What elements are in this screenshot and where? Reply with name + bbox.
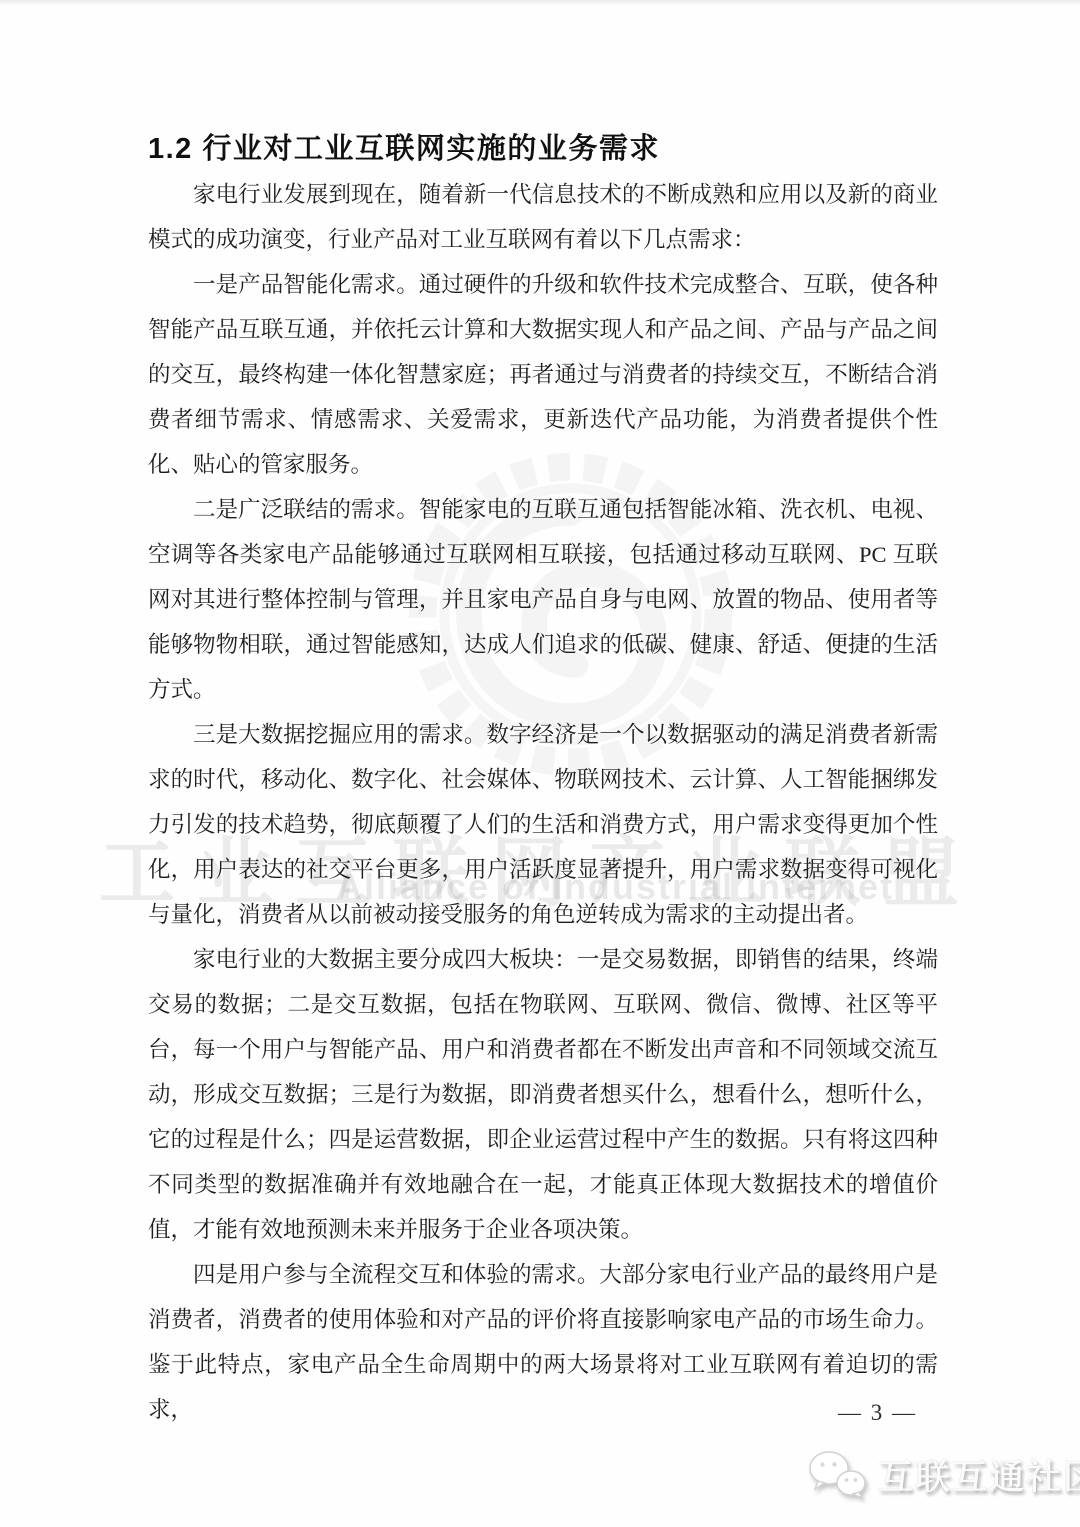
body-paragraph: 三是大数据挖掘应用的需求。数字经济是一个以数据驱动的满足消费者新需求的时代，移动… [148, 712, 938, 937]
body-paragraph: 四是用户参与全流程交互和体验的需求。大部分家电行业产品的最终用户是消费者，消费者… [148, 1252, 938, 1432]
body-paragraph: 二是广泛联结的需求。智能家电的互联互通包括智能冰箱、洗衣机、电视、空调等各类家电… [148, 487, 938, 712]
document-content: 1.2 行业对工业互联网实施的业务需求 家电行业发展到现在，随着新一代信息技术的… [0, 0, 1080, 1527]
section-heading: 1.2 行业对工业互联网实施的业务需求 [148, 126, 948, 167]
body-text-block: 家电行业发展到现在，随着新一代信息技术的不断成熟和应用以及新的商业模式的成功演变… [148, 172, 938, 1432]
body-paragraph: 家电行业的大数据主要分成四大板块：一是交易数据，即销售的结果，终端交易的数据；二… [148, 937, 938, 1252]
body-paragraph: 一是产品智能化需求。通过硬件的升级和软件技术完成整合、互联，使各种智能产品互联互… [148, 262, 938, 487]
document-page: 工业互联网产业联盟 Alliance of Industrial Interne… [0, 0, 1080, 1527]
community-logo-stamp: 互联互通社区 [806, 1448, 1080, 1502]
page-number: — 3 — [838, 1400, 917, 1426]
community-logo-label: 互联互通社区 [878, 1450, 1080, 1500]
body-paragraph: 家电行业发展到现在，随着新一代信息技术的不断成熟和应用以及新的商业模式的成功演变… [148, 172, 938, 262]
wechat-chat-bubbles-icon [806, 1448, 870, 1502]
